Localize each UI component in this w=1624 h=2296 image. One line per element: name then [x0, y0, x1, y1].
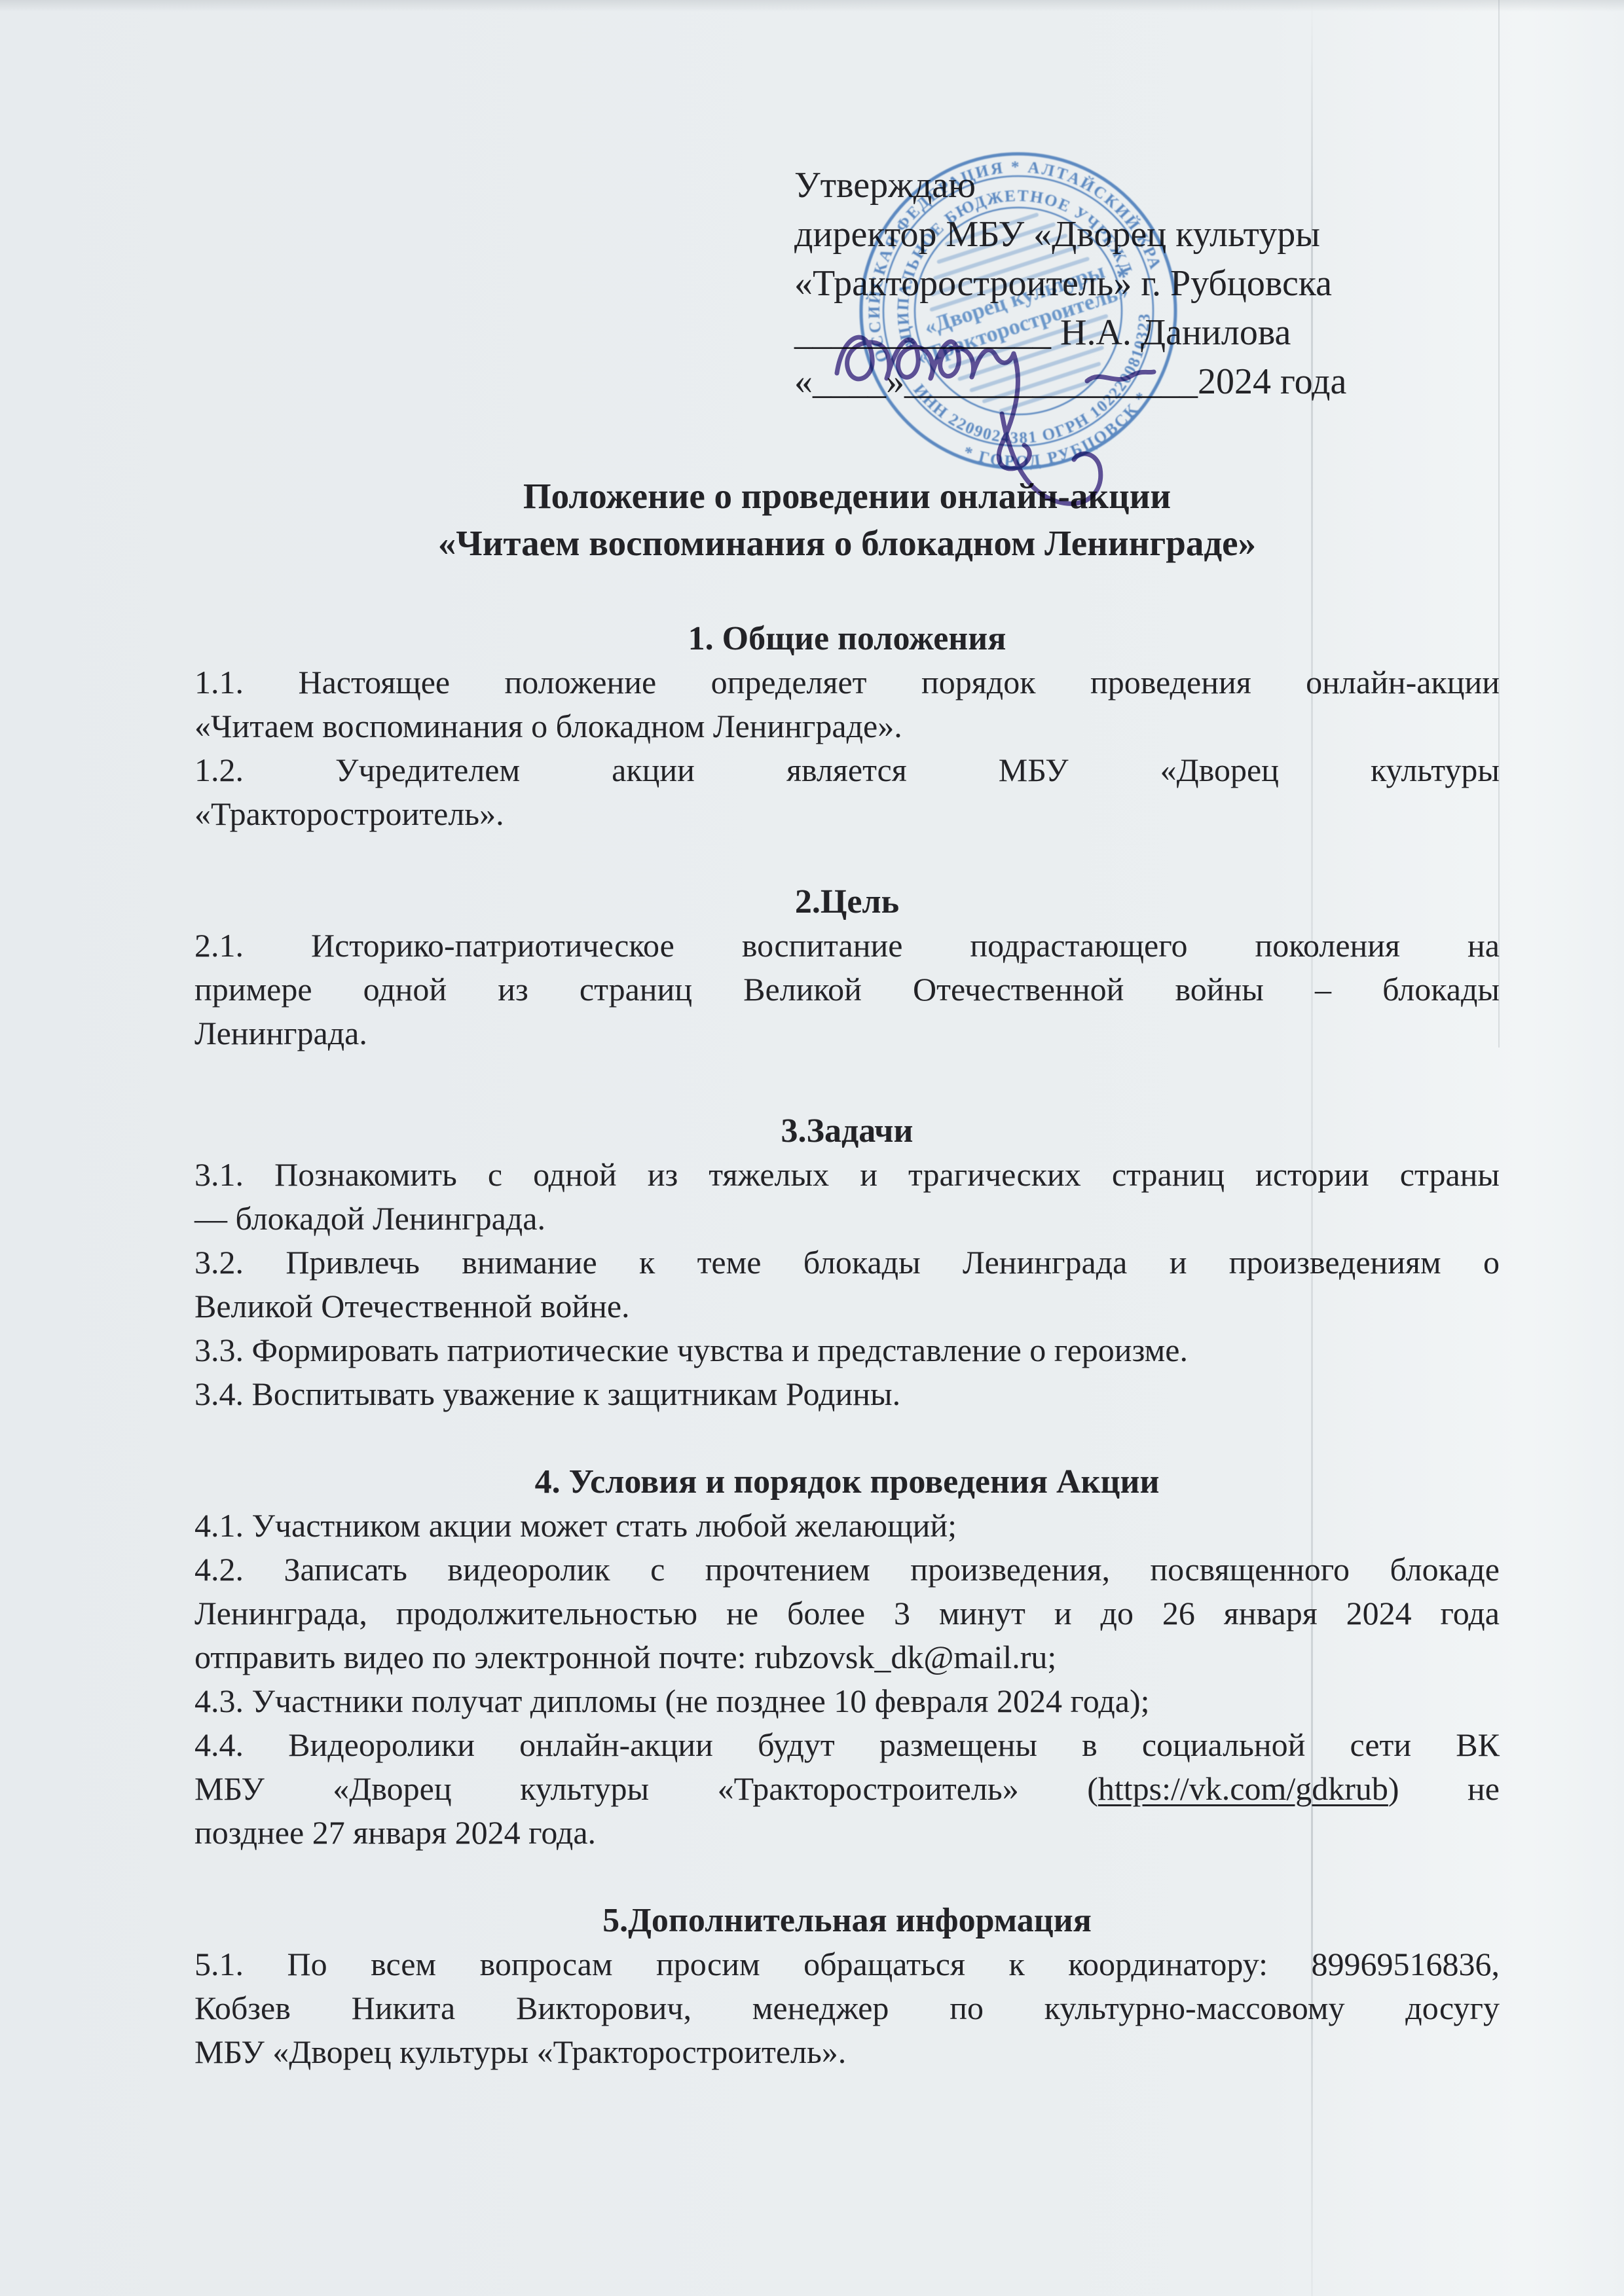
paragraph-line: позднее 27 января 2024 года.: [194, 1811, 1500, 1855]
vk-link: https://vk.com/gdkrub: [1098, 1770, 1388, 1807]
paragraph-line: отправить видео по электронной почте: ru…: [194, 1635, 1500, 1679]
paragraph-line: МБУ «Дворец культуры «Тракторостроитель»…: [194, 2030, 1500, 2074]
paragraph-line: «Тракторостроитель».: [194, 792, 1500, 836]
paragraph-line: 3.1. Познакомить с одной из тяжелых и тр…: [194, 1153, 1500, 1197]
paragraph-line: 4.1. Участником акции может стать любой …: [194, 1504, 1500, 1548]
section-heading-additional-info: 5.Дополнительная информация: [194, 1899, 1500, 1942]
paragraph-line: Ленинграда.: [194, 1011, 1500, 1055]
paragraph-line: 3.3. Формировать патриотические чувства …: [194, 1328, 1500, 1372]
signature: [805, 275, 1211, 550]
paragraph-line: «Читаем воспоминания о блокадном Ленингр…: [194, 704, 1500, 748]
paragraph-line: 4.2. Записать видеоролик с прочтением пр…: [194, 1548, 1500, 1592]
section-heading-conditions: 4. Условия и порядок проведения Акции: [194, 1460, 1500, 1504]
section-heading-goal: 2.Цель: [194, 880, 1500, 924]
paragraph-line: 3.4. Воспитывать уважение к защитникам Р…: [194, 1372, 1500, 1416]
paragraph-line: 1.1. Настоящее положение определяет поря…: [194, 661, 1500, 704]
paragraph-line: 4.3. Участники получат дипломы (не поздн…: [194, 1679, 1500, 1723]
paragraph-line: — блокадой Ленинграда.: [194, 1197, 1500, 1241]
paragraph-line: Великой Отечественной войне.: [194, 1285, 1500, 1328]
paragraph-line: 5.1. По всем вопросам просим обращаться …: [194, 1942, 1500, 1986]
paragraph-line: Кобзев Никита Викторович, менеджер по ку…: [194, 1986, 1500, 2030]
paragraph-line: 2.1. Историко-патриотическое воспитание …: [194, 924, 1500, 968]
paragraph-line-with-link: МБУ «Дворец культуры «Тракторостроитель»…: [194, 1767, 1500, 1811]
paragraph-line: примере одной из страниц Великой Отечест…: [194, 968, 1500, 1011]
paragraph-line: Ленинграда, продолжительностью не более …: [194, 1592, 1500, 1635]
paragraph-line: 3.2. Привлечь внимание к теме блокады Ле…: [194, 1241, 1500, 1285]
scanned-document-page: Утверждаю директор МБУ «Дворец культуры …: [0, 0, 1624, 2296]
section-heading-tasks: 3.Задачи: [194, 1109, 1500, 1153]
link-line-post: ) не: [1388, 1770, 1500, 1807]
paragraph-line: 4.4. Видеоролики онлайн-акции будут разм…: [194, 1723, 1500, 1767]
link-line-pre: МБУ «Дворец культуры «Тракторостроитель»…: [194, 1770, 1098, 1807]
paragraph-line: 1.2. Учредителем акции является МБУ «Дво…: [194, 748, 1500, 792]
section-heading-general: 1. Общие положения: [194, 617, 1500, 661]
